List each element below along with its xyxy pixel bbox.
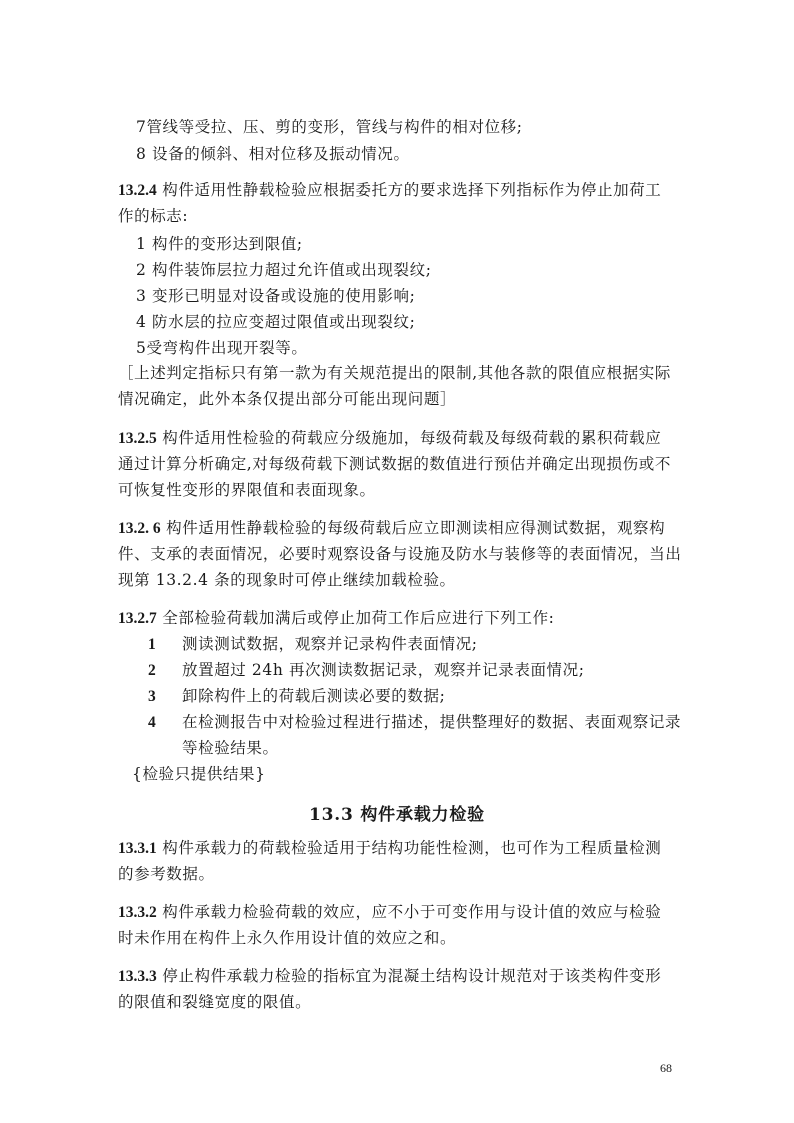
- clause-number: 13.2.7: [118, 610, 157, 627]
- clause-text: 构件承载力的荷载检验适用于结构功能性检测，也可作为工程质量检测: [162, 839, 661, 857]
- clause-text: 构件承载力检验荷载的效应，应不小于可变作用与设计值的效应与检验: [162, 903, 661, 921]
- clause-13-2-7-line-1: 13.2.7 全部检验荷载加满后或停止加荷工作后应进行下列工作:: [118, 608, 555, 629]
- item-text: 卸除构件上的荷载后测读必要的数据;: [182, 687, 445, 705]
- clause-13-3-2-line-2: 时未作用在构件上永久作用设计值的效应之和。: [118, 928, 456, 948]
- item-text: 在检测报告中对检验过程进行描述，提供整理好的数据、表面观察记录: [182, 713, 681, 731]
- work-item-4: 4在检测报告中对检验过程进行描述，提供整理好的数据、表面观察记录: [148, 712, 681, 733]
- clause-13-2-4-line-1: 13.2.4 构件适用性静载检验应根据委托方的要求选择下列指标作为停止加荷工: [118, 180, 661, 201]
- list-item-4: 4 防水层的拉应变超过限值或出现裂纹;: [136, 312, 415, 332]
- document-page: 7管线等受拉、压、剪的变形，管线与构件的相对位移; 8 设备的倾斜、相对位移及振…: [0, 0, 794, 1123]
- clause-13-3-2-line-1: 13.3.2 构件承载力检验荷载的效应，应不小于可变作用与设计值的效应与检验: [118, 902, 661, 923]
- work-item-4-cont: 等检验结果。: [182, 738, 279, 758]
- list-item-3: 3 变形已明显对设备或设施的使用影响;: [136, 286, 415, 306]
- clause-text: 构件适用性检验的荷载应分级施加，每级荷载及每级荷载的累积荷载应: [162, 429, 661, 447]
- item-number: 3: [148, 687, 182, 707]
- clause-number: 13.2.4: [118, 182, 157, 199]
- page-number: 68: [660, 1061, 672, 1076]
- work-item-3: 3卸除构件上的荷载后测读必要的数据;: [148, 686, 445, 707]
- list-item-1: 1 构件的变形达到限值;: [136, 234, 303, 254]
- work-item-2: 2放置超过 24h 再次测读数据记录，观察并记录表面情况;: [148, 660, 585, 681]
- item-text: 放置超过 24h 再次测读数据记录，观察并记录表面情况;: [182, 661, 585, 679]
- item-number: 4: [148, 713, 182, 733]
- clause-text: 全部检验荷载加满后或停止加荷工作后应进行下列工作:: [162, 609, 554, 627]
- list-item-7: 7管线等受拉、压、剪的变形，管线与构件的相对位移;: [136, 117, 523, 137]
- clause-text: 构件适用性静载检验的每级荷载后应立即测读相应得测试数据，观察构: [166, 519, 665, 537]
- list-item-8: 8 设备的倾斜、相对位移及振动情况。: [136, 144, 410, 164]
- clause-number: 13.3.2: [118, 904, 157, 921]
- clause-text: 构件适用性静载检验应根据委托方的要求选择下列指标作为停止加荷工: [162, 181, 661, 199]
- note-line-2: 情况确定，此外本条仅提出部分可能出现问题］: [118, 389, 456, 409]
- clause-13-2-5-line-1: 13.2.5 构件适用性检验的荷载应分级施加，每级荷载及每级荷载的累积荷载应: [118, 428, 661, 449]
- clause-13-2-5-line-2: 通过计算分析确定,对每级荷载下测试数据的数值进行预估并确定出现损伤或不: [118, 454, 671, 474]
- item-text: 测读测试数据，观察并记录构件表面情况;: [182, 635, 478, 653]
- clause-13-2-6-line-2: 件、支承的表面情况，必要时观察设备与设施及防水与装修等的表面情况，当出: [118, 544, 682, 564]
- list-item-2: 2 构件装饰层拉力超过允许值或出现裂纹;: [136, 260, 432, 280]
- note-2: {检验只提供结果}: [132, 764, 266, 784]
- clause-13-2-6-line-1: 13.2. 6 构件适用性静载检验的每级荷载后应立即测读相应得测试数据，观察构: [118, 518, 665, 539]
- item-number: 2: [148, 661, 182, 681]
- section-heading-13-3: 13.3 构件承载力检验: [0, 804, 794, 826]
- work-item-1: 1测读测试数据，观察并记录构件表面情况;: [148, 634, 478, 655]
- clause-13-2-4-line-2: 作的标志:: [118, 206, 188, 226]
- clause-13-3-1-line-1: 13.3.1 构件承载力的荷载检验适用于结构功能性检测，也可作为工程质量检测: [118, 838, 661, 859]
- item-number: 1: [148, 635, 182, 655]
- clause-number: 13.2. 6: [118, 520, 161, 537]
- clause-text: 停止构件承载力检验的指标宜为混凝土结构设计规范对于该类构件变形: [162, 967, 661, 985]
- list-item-5: 5受弯构件出现开裂等。: [136, 338, 307, 358]
- clause-number: 13.2.5: [118, 430, 157, 447]
- clause-13-3-3-line-2: 的限值和裂缝宽度的限值。: [118, 992, 311, 1012]
- note-line-1: ［上述判定指标只有第一款为有关规范提出的限制,其他各款的限值应根据实际: [118, 363, 671, 383]
- clause-number: 13.3.1: [118, 840, 157, 857]
- clause-number: 13.3.3: [118, 968, 157, 985]
- clause-13-3-1-line-2: 的参考数据。: [118, 864, 215, 884]
- clause-13-2-6-line-3: 现第 13.2.4 条的现象时可停止继续加载检验。: [118, 570, 456, 590]
- clause-13-2-5-line-3: 可恢复性变形的界限值和表面现象。: [118, 480, 376, 500]
- clause-13-3-3-line-1: 13.3.3 停止构件承载力检验的指标宜为混凝土结构设计规范对于该类构件变形: [118, 966, 661, 987]
